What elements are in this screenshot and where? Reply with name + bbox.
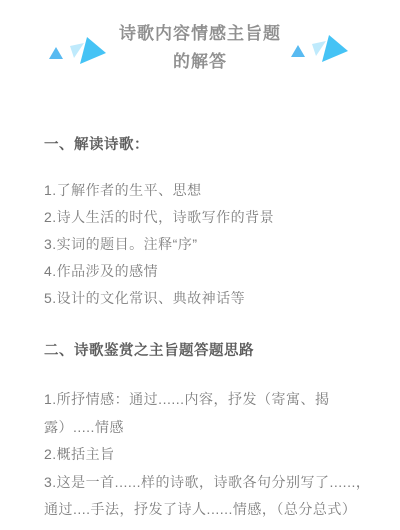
list-item: 4.作品涉及的感情 bbox=[44, 258, 372, 285]
slide-page: 诗歌内容情感主旨题 的解答 一、解读诗歌： 1.了解作者的生平、思想 2.诗人生… bbox=[0, 0, 400, 530]
section1-heading: 一、解读诗歌： bbox=[44, 133, 149, 154]
list-item: 1.了解作者的生平、思想 bbox=[44, 177, 372, 204]
large-triangle-icon bbox=[322, 35, 348, 62]
list-item: 2.概括主旨 bbox=[44, 441, 372, 469]
list-item: 1.所抒情感：通过......内容，抒发（寄寓、揭露）.....情感 bbox=[44, 386, 372, 441]
section2-items: 1.所抒情感：通过......内容，抒发（寄寓、揭露）.....情感 2.概括主… bbox=[44, 386, 372, 524]
list-item: 3.这是一首......样的诗歌，诗歌各句分别写了......，通过....手法… bbox=[44, 469, 372, 524]
section1-items: 1.了解作者的生平、思想 2.诗人生活的时代，诗歌写作的背景 3.实词的题目。注… bbox=[44, 177, 372, 312]
list-item: 3.实词的题目。注释“序” bbox=[44, 231, 372, 258]
decor-triangles-right bbox=[288, 34, 350, 68]
list-item: 5.设计的文化常识、典故神话等 bbox=[44, 285, 372, 312]
list-item: 2.诗人生活的时代，诗歌写作的背景 bbox=[44, 204, 372, 231]
header: 诗歌内容情感主旨题 的解答 bbox=[0, 0, 400, 100]
small-up-triangle-icon bbox=[291, 45, 305, 57]
small-light-triangle-icon bbox=[312, 41, 326, 56]
section2-heading: 二、诗歌鉴赏之主旨题答题思路 bbox=[44, 339, 254, 360]
